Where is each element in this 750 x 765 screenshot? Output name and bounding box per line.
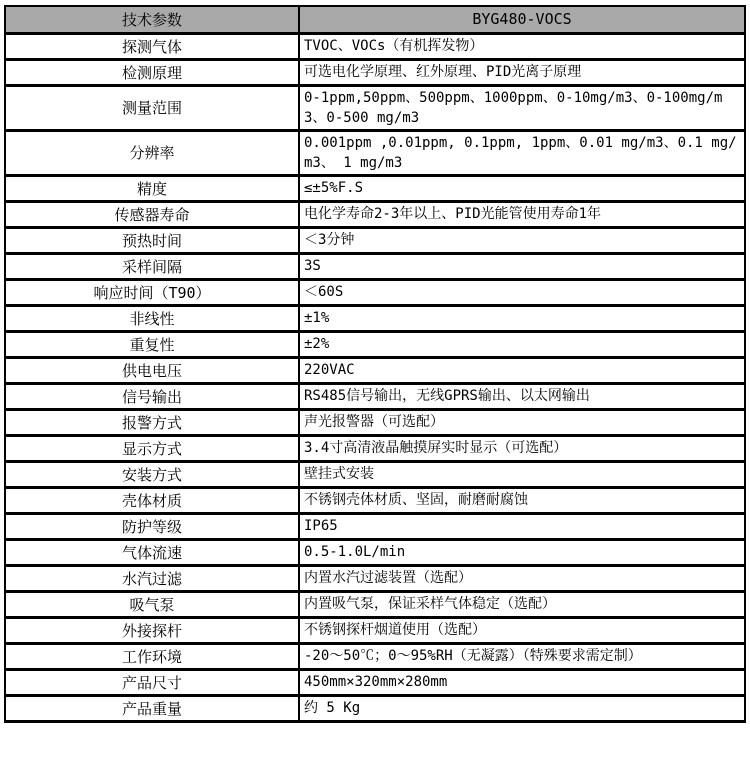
param-cell: 探测气体: [5, 33, 299, 59]
table-row: 报警方式声光报警器（可选配）: [5, 409, 745, 435]
param-cell: 测量范围: [5, 85, 299, 130]
table-row: 气体流速0.5-1.0L/min: [5, 539, 745, 565]
param-cell: 传感器寿命: [5, 201, 299, 227]
param-cell: 采样间隔: [5, 253, 299, 279]
table-header-row: 技术参数 BYG480-VOCS: [5, 6, 745, 33]
spec-page: 技术参数 BYG480-VOCS 探测气体TVOC、VOCs（有机挥发物）检测原…: [0, 0, 750, 765]
param-cell: 防护等级: [5, 513, 299, 539]
value-cell: -20～50℃；0～95%RH（无凝露）（特殊要求需定制）: [299, 643, 745, 669]
value-cell: 0.5-1.0L/min: [299, 539, 745, 565]
table-row: 探测气体TVOC、VOCs（有机挥发物）: [5, 33, 745, 59]
value-cell: ＜3分钟: [299, 227, 745, 253]
table-row: 安装方式壁挂式安装: [5, 461, 745, 487]
param-cell: 信号输出: [5, 383, 299, 409]
table-body: 探测气体TVOC、VOCs（有机挥发物）检测原理可选电化学原理、红外原理、PID…: [5, 33, 745, 721]
table-row: 响应时间（T90）＜60S: [5, 279, 745, 305]
value-cell: ＜60S: [299, 279, 745, 305]
table-row: 外接探杆不锈钢探杆烟道使用（选配）: [5, 617, 745, 643]
param-cell: 工作环境: [5, 643, 299, 669]
value-cell: 约 5 Kg: [299, 695, 745, 721]
table-row: 工作环境-20～50℃；0～95%RH（无凝露）（特殊要求需定制）: [5, 643, 745, 669]
param-cell: 显示方式: [5, 435, 299, 461]
value-cell: 不锈钢壳体材质、坚固，耐磨耐腐蚀: [299, 487, 745, 513]
param-cell: 响应时间（T90）: [5, 279, 299, 305]
table-row: 信号输出RS485信号输出，无线GPRS输出、以太网输出: [5, 383, 745, 409]
table-row: 防护等级IP65: [5, 513, 745, 539]
value-cell: 内置水汽过滤装置（选配）: [299, 565, 745, 591]
value-cell: 声光报警器（可选配）: [299, 409, 745, 435]
param-cell: 供电电压: [5, 357, 299, 383]
param-cell: 壳体材质: [5, 487, 299, 513]
table-row: 重复性±2%: [5, 331, 745, 357]
technical-parameters-table: 技术参数 BYG480-VOCS 探测气体TVOC、VOCs（有机挥发物）检测原…: [4, 5, 746, 723]
table-row: 水汽过滤内置水汽过滤装置（选配）: [5, 565, 745, 591]
param-cell: 吸气泵: [5, 591, 299, 617]
header-cell-technical-parameters: 技术参数: [5, 6, 299, 33]
value-cell: RS485信号输出，无线GPRS输出、以太网输出: [299, 383, 745, 409]
param-cell: 重复性: [5, 331, 299, 357]
value-cell: 不锈钢探杆烟道使用（选配）: [299, 617, 745, 643]
param-cell: 气体流速: [5, 539, 299, 565]
value-cell: ≤±5%F.S: [299, 175, 745, 201]
value-cell: 3S: [299, 253, 745, 279]
value-cell: 内置吸气泵，保证采样气体稳定（选配）: [299, 591, 745, 617]
param-cell: 外接探杆: [5, 617, 299, 643]
table-row: 测量范围0-1ppm,50ppm、500ppm、1000ppm、0-10mg/m…: [5, 85, 745, 130]
table-row: 预热时间＜3分钟: [5, 227, 745, 253]
param-cell: 产品重量: [5, 695, 299, 721]
value-cell: IP65: [299, 513, 745, 539]
param-cell: 检测原理: [5, 59, 299, 85]
table-row: 采样间隔3S: [5, 253, 745, 279]
table-row: 精度≤±5%F.S: [5, 175, 745, 201]
value-cell: 3.4寸高清液晶触摸屏实时显示（可选配）: [299, 435, 745, 461]
value-cell: ±1%: [299, 305, 745, 331]
table-row: 传感器寿命电化学寿命2-3年以上、PID光能管使用寿命1年: [5, 201, 745, 227]
table-row: 检测原理可选电化学原理、红外原理、PID光离子原理: [5, 59, 745, 85]
param-cell: 非线性: [5, 305, 299, 331]
param-cell: 精度: [5, 175, 299, 201]
param-cell: 安装方式: [5, 461, 299, 487]
value-cell: 壁挂式安装: [299, 461, 745, 487]
table-row: 产品重量约 5 Kg: [5, 695, 745, 721]
table-row: 供电电压220VAC: [5, 357, 745, 383]
value-cell: 电化学寿命2-3年以上、PID光能管使用寿命1年: [299, 201, 745, 227]
table-row: 产品尺寸450mm×320mm×280mm: [5, 669, 745, 695]
param-cell: 预热时间: [5, 227, 299, 253]
value-cell: 220VAC: [299, 357, 745, 383]
value-cell: 0.001ppm ,0.01ppm, 0.1ppm, 1ppm、0.01 mg/…: [299, 130, 745, 175]
param-cell: 分辨率: [5, 130, 299, 175]
param-cell: 报警方式: [5, 409, 299, 435]
value-cell: ±2%: [299, 331, 745, 357]
value-cell: 可选电化学原理、红外原理、PID光离子原理: [299, 59, 745, 85]
value-cell: 0-1ppm,50ppm、500ppm、1000ppm、0-10mg/m3、0-…: [299, 85, 745, 130]
table-row: 非线性±1%: [5, 305, 745, 331]
param-cell: 水汽过滤: [5, 565, 299, 591]
table-row: 分辨率0.001ppm ,0.01ppm, 0.1ppm, 1ppm、0.01 …: [5, 130, 745, 175]
table-row: 壳体材质不锈钢壳体材质、坚固，耐磨耐腐蚀: [5, 487, 745, 513]
param-cell: 产品尺寸: [5, 669, 299, 695]
table-row: 吸气泵内置吸气泵，保证采样气体稳定（选配）: [5, 591, 745, 617]
value-cell: 450mm×320mm×280mm: [299, 669, 745, 695]
value-cell: TVOC、VOCs（有机挥发物）: [299, 33, 745, 59]
header-cell-model: BYG480-VOCS: [299, 6, 745, 33]
table-row: 显示方式3.4寸高清液晶触摸屏实时显示（可选配）: [5, 435, 745, 461]
